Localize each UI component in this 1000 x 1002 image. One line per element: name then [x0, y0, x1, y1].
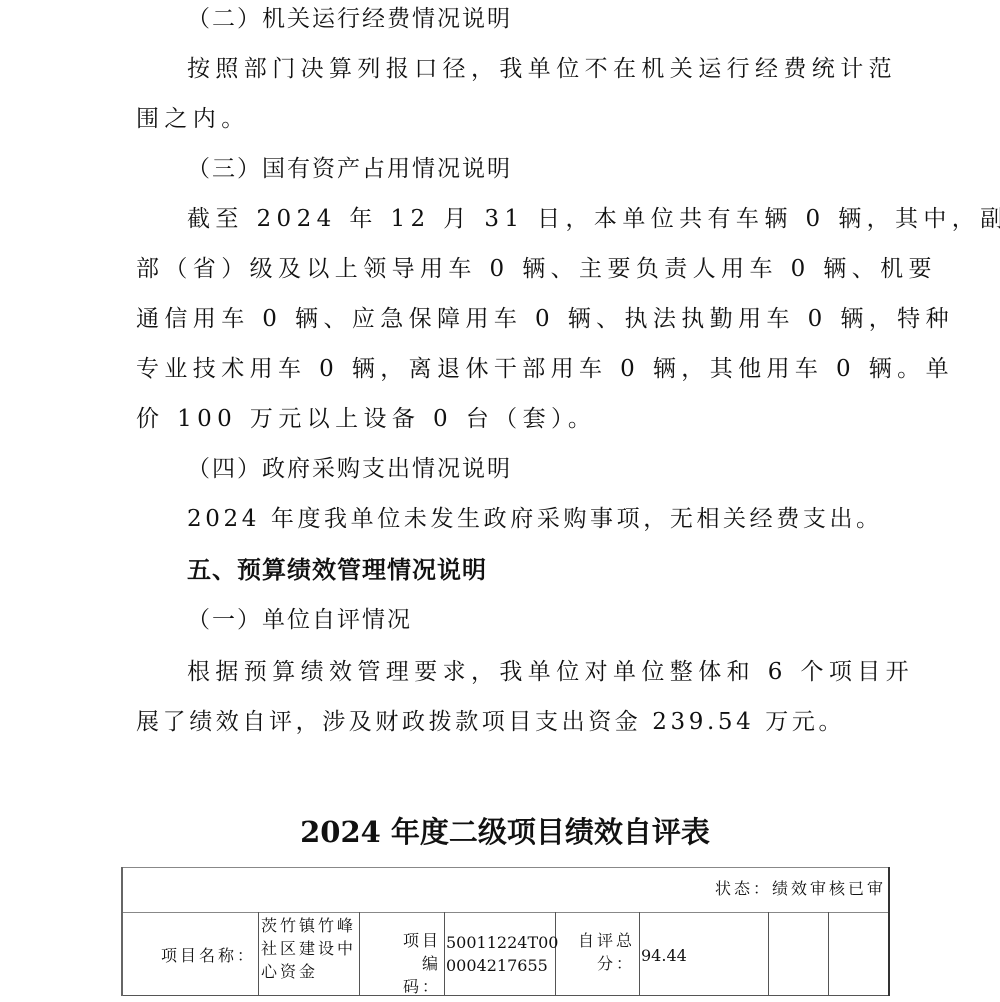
paragraph-line: 2024 年度我单位未发生政府采购事项，无相关经费支出。 — [187, 504, 927, 534]
column-divider — [258, 912, 259, 996]
section-heading-self-evaluation: （一）单位自评情况 — [187, 605, 412, 635]
label-line: 分： — [571, 952, 635, 975]
status-badge: 状态：绩效审核已审 — [715, 877, 886, 901]
paragraph-line: 围之内。 — [136, 104, 876, 134]
project-code-label: 项目编 码： — [385, 929, 441, 998]
section-heading-procurement: （四）政府采购支出情况说明 — [187, 454, 512, 484]
column-divider — [768, 912, 769, 996]
section-heading-state-assets: （三）国有资产占用情况说明 — [187, 154, 512, 184]
project-code-value: 50011224T00 0004217655 — [446, 931, 558, 977]
label-line: 码： — [385, 975, 441, 998]
score-label: 自评总 分： — [571, 929, 635, 975]
column-divider — [359, 912, 360, 996]
table-border-top — [123, 867, 888, 868]
project-name-label: 项目名称： — [161, 944, 256, 967]
score-value: 94.44 — [641, 944, 687, 967]
project-name-line: 心资金 — [261, 960, 356, 983]
project-name-value: 茨竹镇竹峰 社区建设中 心资金 — [261, 914, 356, 983]
code-line: 0004217655 — [446, 954, 558, 977]
paragraph-line: 截至 2024 年 12 月 31 日，本单位共有车辆 0 辆，其中，副 — [187, 204, 875, 234]
column-divider — [639, 912, 640, 996]
chapter-heading-performance: 五、预算绩效管理情况说明 — [187, 555, 487, 585]
paragraph-line: 专业技术用车 0 辆，离退休干部用车 0 辆，其他用车 0 辆。单 — [136, 354, 876, 384]
table-border-bottom — [123, 995, 888, 996]
code-line: 50011224T00 — [446, 931, 558, 954]
table-row-divider — [123, 912, 888, 913]
paragraph-line: 展了绩效自评，涉及财政拨款项目支出资金 239.54 万元。 — [136, 707, 876, 737]
column-divider — [828, 912, 829, 996]
label-line: 自评总 — [571, 929, 635, 952]
label-line: 项目编 — [385, 929, 441, 975]
paragraph-line: 通信用车 0 辆、应急保障用车 0 辆、执法执勤用车 0 辆，特种 — [136, 304, 876, 334]
project-name-line: 社区建设中 — [261, 937, 356, 960]
paragraph-line: 部（省）级及以上领导用车 0 辆、主要负责人用车 0 辆、机要 — [136, 254, 876, 284]
paragraph-line: 按照部门决算列报口径，我单位不在机关运行经费统计范 — [187, 54, 875, 84]
paragraph-line: 根据预算绩效管理要求，我单位对单位整体和 6 个项目开 — [187, 657, 875, 687]
performance-table: 状态：绩效审核已审 项目名称： 茨竹镇竹峰 社区建设中 心资金 项目编 码： 5… — [121, 867, 890, 996]
column-divider — [444, 912, 445, 996]
project-name-line: 茨竹镇竹峰 — [261, 914, 356, 937]
section-heading-operating-costs: （二）机关运行经费情况说明 — [187, 4, 512, 34]
table-title: 2024 年度二级项目绩效自评表 — [0, 814, 1000, 850]
paragraph-line: 价 100 万元以上设备 0 台（套）。 — [136, 404, 876, 434]
